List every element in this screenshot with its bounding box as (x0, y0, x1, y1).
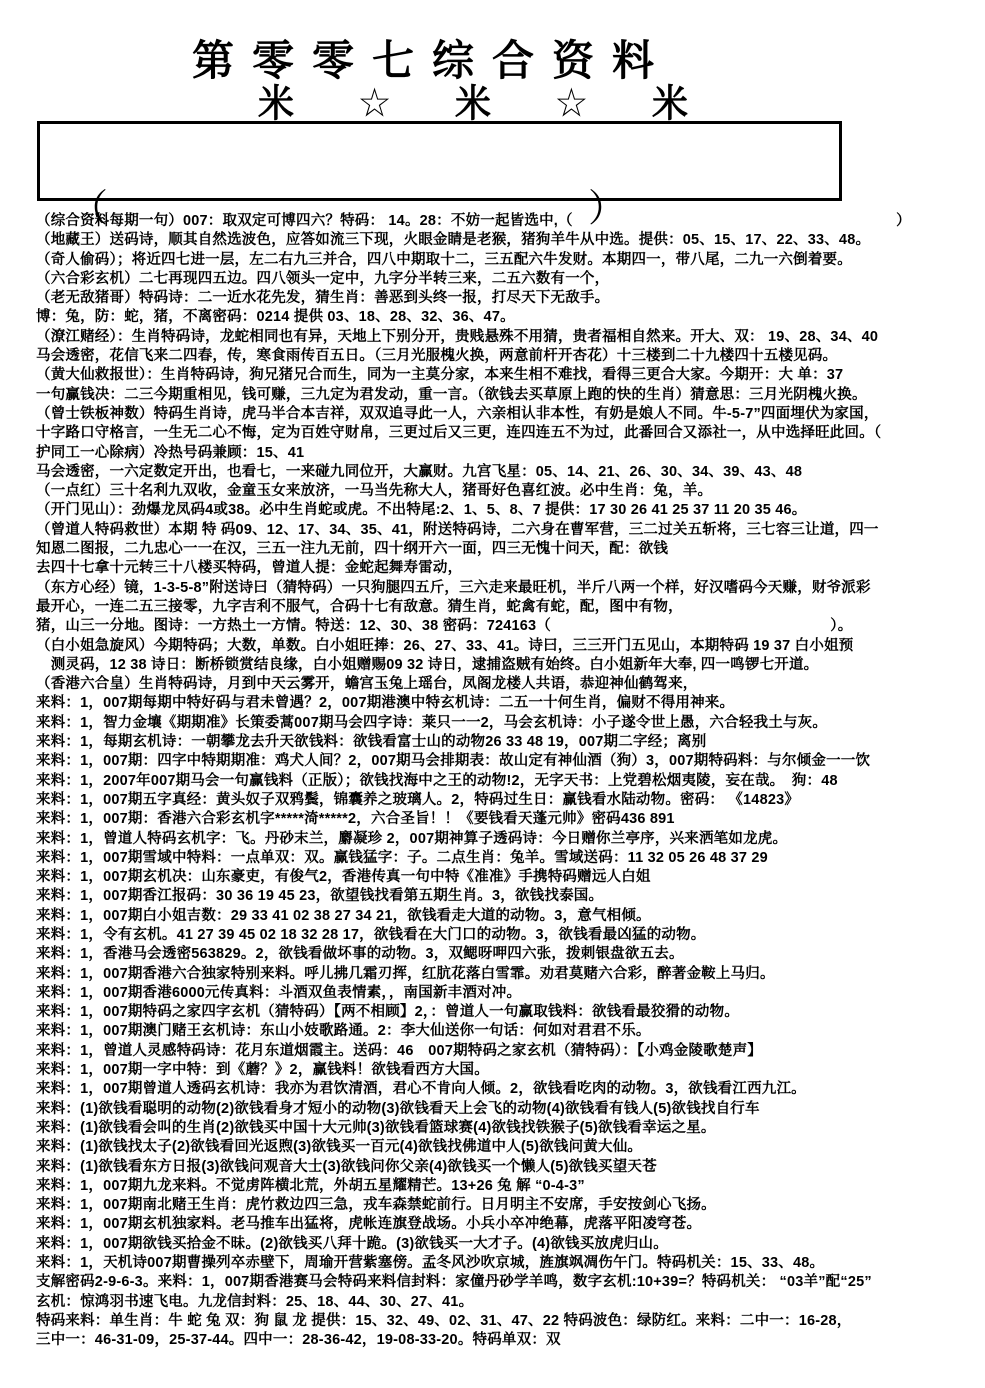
text-line: 来料：(1)欲钱看聪明的动物(2)欲钱看身才短小的动物(3)欲钱看天上会飞的动物… (36, 1100, 981, 1119)
text-line: （曾道人特码救世）本期 特 码09、12、17、34、35、41，附送特码诗，二… (36, 521, 981, 540)
text-line: 来料：1，007期澳门赌王玄机诗：东山小妓歌路通。2：李大仙送你一句话：何如对君… (36, 1022, 981, 1041)
text-line: 来料：1，007期九龙来料。不觉虏阵横北荒，外胡五星耀精芒。13+26 兔 解 … (36, 1177, 981, 1196)
text-line: 来料：1，007期曾道人透码玄机诗：我亦为君饮清酒，君心不肯向人倾。2，欲钱看吃… (36, 1080, 981, 1099)
text-line: （白小姐急旋风）今期特码；大数，单数。白小姐旺捧：26、27、33、41。诗曰，… (36, 637, 981, 656)
text-line: 来料：1，曾道人特码玄机字：飞。丹砂末兰，麝凝珍 2，007期神算子透码诗：今日… (36, 830, 981, 849)
text-line: 来料：1，007期香港六合独家特别来料。呼儿拂几霜刃挥，红肮花落白雪霏。劝君莫赌… (36, 965, 981, 984)
text-line: 来料：1，007期玄机独家料。老马推车出猛将，虎帐连旗登战场。小兵小卒冲绝幕，虎… (36, 1215, 981, 1234)
text-line: 来料：(1)欲钱找太子(2)欲钱看回光返煦(3)欲钱买一百元(4)欲钱找佛道中人… (36, 1138, 981, 1157)
text-line: 来料：1，007期一字中特：到《蘑？》2，赢钱料！欲钱看西方大国。 (36, 1061, 981, 1080)
text-line: 护同工一心除病）冷热号码兼顾：15、41 (36, 444, 981, 463)
text-line: 十字路口守格言，一生无二心不悔，定为百姓守财帛，三更过后又三更，连四连五不为过，… (36, 424, 981, 443)
decorative-symbols-row: 米☆米☆米 (258, 84, 688, 124)
text-line: 博：兔，防：蛇，猪，不离密码：0214 提供 03、18、28、32、36、47… (36, 308, 981, 327)
text-line: 特码来料：单生肖：牛 蛇 兔 双：狗 鼠 龙 提供：15、32、49、02、31… (36, 1312, 981, 1331)
text-line: （地藏王）送码诗，顺其自然选波色，应答如流三下现，火眼金睛是老猴，猪狗羊牛从中选… (36, 231, 981, 250)
text-line: 来料：1，007期雪域中特料：一点单双：双。赢钱猛字：子。二点生肖：兔羊。雪域送… (36, 849, 981, 868)
text-line: （潦江赌经）：生肖特码诗，龙蛇相同也有异，天地上下别分开，贵贱悬殊不用猜，贵者福… (36, 328, 981, 347)
text-line: 来料：1，007期南北赌王生肖：虎竹救边四三急，戎车森禁蛇前行。日月明主不安席，… (36, 1196, 981, 1215)
text-line: 去四十七拿十元转三十八楼买特码，曾道人提：金蛇起舞寿雷动， (36, 559, 981, 578)
text-line: 来料：1，007期欲钱买拾金不昧。(2)欲钱买八拜十跪。(3)欲钱买一大才子。(… (36, 1235, 981, 1254)
text-line: 一句赢钱决：二三今期重相见，钱可赚，三九定为君发动，重一言。（欲钱去买草原上跑的… (36, 386, 981, 405)
text-line: 来料：1，天机诗007期曹操列卒赤壁下，周瑜开营紫塞傍。孟冬风沙吹京城，旌旗飒凋… (36, 1254, 981, 1273)
text-line: 来料：1，007期白小姐吉数：29 33 41 02 38 27 34 21，欲… (36, 907, 981, 926)
star-icon: ☆ (554, 83, 588, 125)
text-line: 来料：1，007期：四字中特期期准：鸡犬人间？2，007期马会排期表：故山定有神… (36, 752, 981, 771)
text-line: （六合彩玄机）二七再现四五边。四八领头一定中，九字分半转三来，二五六数有一个， (36, 270, 981, 289)
text-line: 来料：1，2007年007期马会一句赢钱料（正版）；欲钱找海中之王的动物!2，无… (36, 772, 981, 791)
text-line: 猪，山三一分地。图诗：一方热土一方情。特送：12、30、38 密码：724163… (36, 617, 981, 636)
text-line: 来料：(1)欲钱看会叫的生肖(2)欲钱买中国十大元帅(3)欲钱看篮球赛(4)欲钱… (36, 1119, 981, 1138)
lines-container: （综合资料每期一句）007：取双定可博四六？特码： 14。28：不妨一起皆选中,… (36, 212, 981, 1351)
rice-symbol-icon: 米 (258, 83, 294, 125)
text-line: （综合资料每期一句）007：取双定可博四六？特码： 14。28：不妨一起皆选中,… (36, 212, 981, 231)
text-line: 来料：1，007期香港6000元传真料：斗酒双鱼表情素，，南国新丰酒对冲。 (36, 984, 981, 1003)
content-box (37, 121, 842, 201)
text-line: 知恩二图报，二九忠心一一在汉，三五一注九无前，四十纲开六一面，四三无愧十问天，配… (36, 540, 981, 559)
text-line: 马会透密，花信飞来二四春，传，寒食雨传百五日。（三月光服槐火换，两意前杆开杏花）… (36, 347, 981, 366)
text-line: 来料：1，007期五字真经：黄头奴子双鸦鬓，锦囊养之玻璃人。2，特码过生日：赢钱… (36, 791, 981, 810)
text-line: 来料：1，007期玄机决：山东豪吏，有俊气2，香港传真一句中特《准准》手携特码赠… (36, 868, 981, 887)
text-line: 最开心，一连二五三接零，九字吉利不服气，合码十七有敌意。猜生肖，蛇禽有蛇，配，图… (36, 598, 981, 617)
text-line: 测灵码，12 38 诗日：断桥锁赏结良缘，白小姐赠赐09 32 诗日，逮捕盗贼有… (36, 656, 981, 675)
text-line: 来料：1，007期：香港六合彩玄机字*****渏*****2，六合圣旨！！《要钱… (36, 810, 981, 829)
text-line: （老无敌猪哥）特码诗：二一近水花先发，猜生肖：善恶到头终一报，打尽天下无敌手。 (36, 289, 981, 308)
star-icon: ☆ (357, 83, 391, 125)
page-title: 第零零七综合资料 (192, 28, 672, 88)
text-line: 来料：1，智力金壤《期期准》长策委蒿007期马会四字诗：莱只一一2，马会玄机诗：… (36, 714, 981, 733)
text-line: 玄机：惊鸿羽书速飞电。九龙信封料：25、18、44、30、27、41。 (36, 1293, 981, 1312)
rice-symbol-icon: 米 (652, 83, 688, 125)
text-line: （黄大仙救报世）：生肖特码诗，狗兄猪兄合而生，同为一主莫分家，本来生相不难找，看… (36, 366, 981, 385)
text-line: 支解密码2-9-6-3。来料：1，007期香港赛马会特码来料信封料：家僮丹砂学羊… (36, 1273, 981, 1292)
text-line: 来料：1，曾道人灵感特码诗：花月东道烟霞主。送码：46 007期特码之家玄机（猜… (36, 1042, 981, 1061)
text-line: 来料：1，令有玄机。41 27 39 45 02 18 32 28 17，欲钱看… (36, 926, 981, 945)
text-line: 来料：1，007期香江报码：30 36 19 45 23，欲望钱找看第五期生肖。… (36, 887, 981, 906)
text-line: （香港六合皇）生肖特码诗，月到中天云雾开，蟾宫玉兔上瑶台，凤阁龙楼人共语，恭迎神… (36, 675, 981, 694)
text-line: 来料：1，香港马会透密563829。2，欲钱看做坏事的动物。3，双鳃呀呷四六张，… (36, 945, 981, 964)
text-line: （一点红）三十名利九双收，金童玉女来放济，一马当先称大人，猪哥好色喜红波。必中生… (36, 482, 981, 501)
text-line: 来料：1，每期玄机诗：一朝攀龙去升天欲钱料：欲钱看富士山的动物26 33 48 … (36, 733, 981, 752)
rice-symbol-icon: 米 (455, 83, 491, 125)
text-line: （曾士铁板神数）特码生肖诗，虎马半合本吉祥，双双追寻此一人，六亲相认非本性，有奶… (36, 405, 981, 424)
text-line: （开门见山）：劲爆龙凤码4或38。必中生肖蛇或虎。不出特尾:2、1、5、8、7 … (36, 501, 981, 520)
text-line: 三中一：46-31-09，25-37-44。四中一：28-36-42，19-08… (36, 1331, 981, 1350)
text-line: （奇人偷码）；将近四七进一层，左二右九三并合，四八中期取十二，三五配六牛发财。本… (36, 251, 981, 270)
text-line: （东方心经）镜，1-3-5-8”附送诗曰（猜特码）一只狗腿四五斤，三六走来最旺机… (36, 579, 981, 598)
text-line: 来料：1，007期特码之家四字玄机（猜特码）【两不相顾】2，：曾道人一句赢取钱料… (36, 1003, 981, 1022)
text-line: 马会透密，一六定数定开出，也看七，一来碰九同位开，大赢财。九宫飞星：05、14、… (36, 463, 981, 482)
text-line: 来料：(1)欲钱看东方日报(3)欲钱问观音大士(3)欲钱问你父亲(4)欲钱买一个… (36, 1158, 981, 1177)
text-line: 来料：1，007期每期中特好码与君未曾遇？2，007期港澳中特玄机诗：二五一十何… (36, 694, 981, 713)
